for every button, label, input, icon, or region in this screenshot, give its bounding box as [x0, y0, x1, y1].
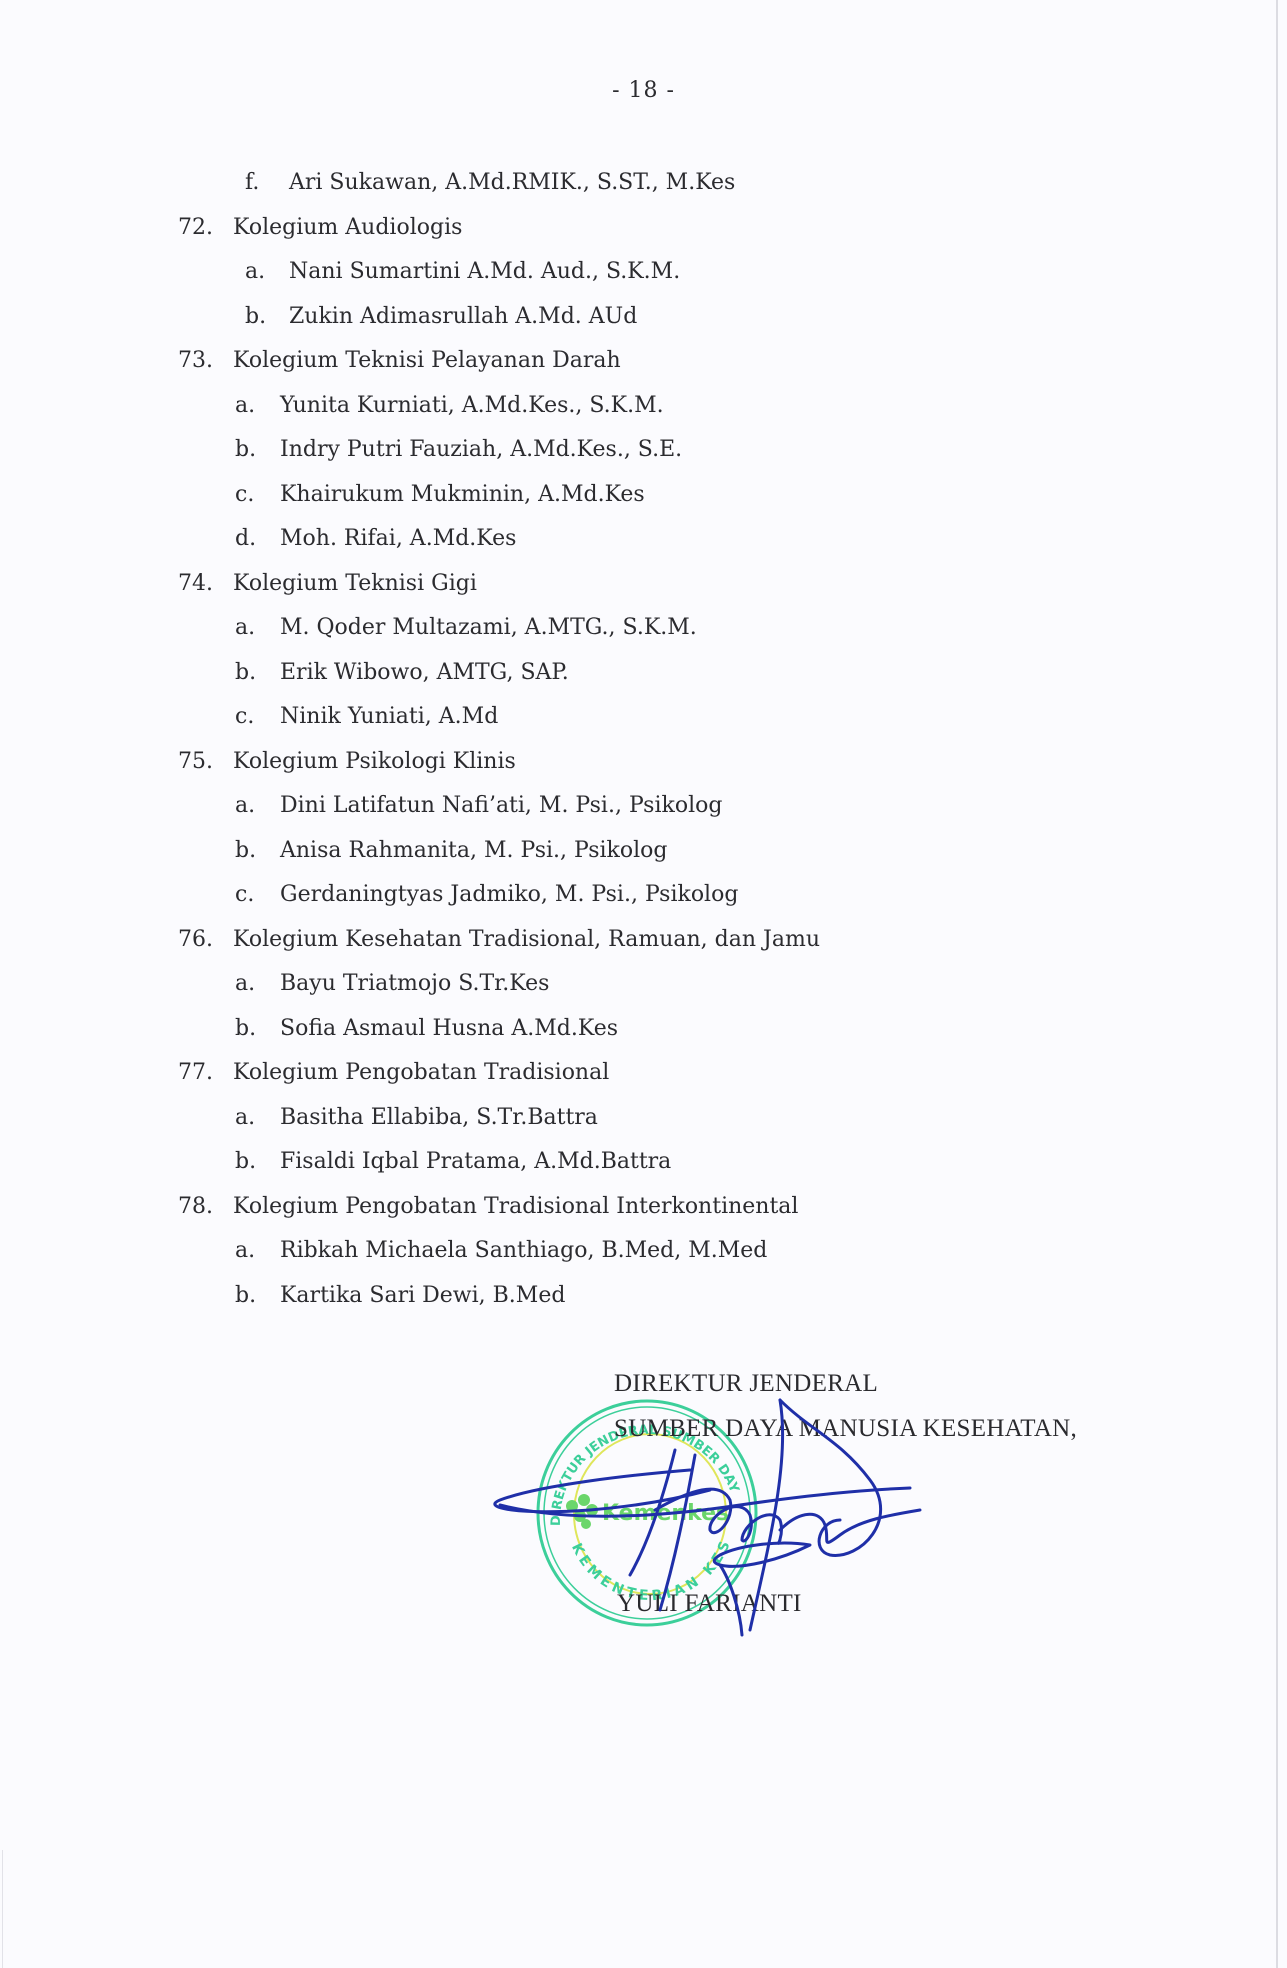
list-marker: d. [235, 524, 256, 554]
member-name: Ninik Yuniati, A.Md [280, 702, 498, 732]
kolegium-heading: 78.Kolegium Pengobatan Tradisional Inter… [0, 1192, 1287, 1237]
list-marker: b. [245, 302, 266, 332]
member-name: Nani Sumartini A.Md. Aud., S.K.M. [289, 257, 680, 287]
list-marker: b. [235, 1147, 256, 1177]
list-marker: b. [235, 1014, 256, 1044]
kolegium-heading: 77.Kolegium Pengobatan Tradisional [0, 1058, 1287, 1103]
member-list-item: b.Indry Putri Fauziah, A.Md.Kes., S.E. [0, 435, 1287, 480]
list-marker: 77. [178, 1058, 213, 1088]
svg-text:KEMENTERIAN KESEHATAN: KEMENTERIAN KESEHATAN [532, 1396, 735, 1604]
kolegium-heading: 72.Kolegium Audiologis [0, 213, 1287, 258]
list-marker: 72. [178, 213, 213, 243]
member-list-item: a.Dini Latifatun Nafi’ati, M. Psi., Psik… [0, 791, 1287, 836]
list-marker: b. [235, 435, 256, 465]
list-marker: a. [235, 969, 255, 999]
member-list-item: b.Kartika Sari Dewi, B.Med [0, 1281, 1287, 1326]
kolegium-member-list: f.Ari Sukawan, A.Md.RMIK., S.ST., M.Kes7… [0, 168, 1287, 1325]
member-name: Moh. Rifai, A.Md.Kes [280, 524, 516, 554]
member-name: Dini Latifatun Nafi’ati, M. Psi., Psikol… [280, 791, 722, 821]
kolegium-heading: 76.Kolegium Kesehatan Tradisional, Ramua… [0, 925, 1287, 970]
list-marker: 76. [178, 925, 213, 955]
member-name: Yunita Kurniati, A.Md.Kes., S.K.M. [280, 391, 664, 421]
list-marker: a. [235, 791, 255, 821]
list-marker: a. [245, 257, 265, 287]
member-name: Erik Wibowo, AMTG, SAP. [280, 658, 569, 688]
member-list-item: d.Moh. Rifai, A.Md.Kes [0, 524, 1287, 569]
kolegium-heading: 74.Kolegium Teknisi Gigi [0, 569, 1287, 614]
member-list-item: a.Nani Sumartini A.Md. Aud., S.K.M. [0, 257, 1287, 302]
member-list-item: c.Gerdaningtyas Jadmiko, M. Psi., Psikol… [0, 880, 1287, 925]
kolegium-name: Kolegium Pengobatan Tradisional [233, 1058, 609, 1088]
member-name: Bayu Triatmojo S.Tr.Kes [280, 969, 549, 999]
page-number: - 18 - [0, 78, 1287, 103]
handwritten-signature-icon [480, 1380, 960, 1650]
member-list-item: a.Ribkah Michaela Santhiago, B.Med, M.Me… [0, 1236, 1287, 1281]
member-list-item: a.Yunita Kurniati, A.Md.Kes., S.K.M. [0, 391, 1287, 436]
kolegium-name: Kolegium Psikologi Klinis [233, 747, 516, 777]
member-name: Sofia Asmaul Husna A.Md.Kes [280, 1014, 618, 1044]
svg-text:DIREKTUR JENDERAL SUMBER DAYA: DIREKTUR JENDERAL SUMBER DAYA MANUSIA KE… [532, 1396, 742, 1526]
list-marker: a. [235, 613, 255, 643]
member-list-item: a.M. Qoder Multazami, A.MTG., S.K.M. [0, 613, 1287, 658]
member-name: Anisa Rahmanita, M. Psi., Psikolog [280, 836, 667, 866]
signatory-name: YULI FARIANTI [617, 1590, 802, 1618]
member-list-item: b.Erik Wibowo, AMTG, SAP. [0, 658, 1287, 703]
member-name: Ari Sukawan, A.Md.RMIK., S.ST., M.Kes [289, 168, 735, 198]
member-name: M. Qoder Multazami, A.MTG., S.K.M. [280, 613, 697, 643]
member-name: Indry Putri Fauziah, A.Md.Kes., S.E. [280, 435, 682, 465]
list-marker: c. [235, 880, 254, 910]
list-marker: b. [235, 836, 256, 866]
member-name: Basitha Ellabiba, S.Tr.Battra [280, 1103, 598, 1133]
kolegium-name: Kolegium Teknisi Pelayanan Darah [233, 346, 621, 376]
member-list-item: a.Basitha Ellabiba, S.Tr.Battra [0, 1103, 1287, 1148]
member-name: Kartika Sari Dewi, B.Med [280, 1281, 565, 1311]
member-list-item: b.Anisa Rahmanita, M. Psi., Psikolog [0, 836, 1287, 881]
signatory-title-line1: DIREKTUR JENDERAL [614, 1370, 878, 1398]
member-name: Fisaldi Iqbal Pratama, A.Md.Battra [280, 1147, 671, 1177]
kolegium-name: Kolegium Pengobatan Tradisional Interkon… [233, 1192, 798, 1222]
list-marker: f. [245, 168, 259, 198]
member-list-item: c.Ninik Yuniati, A.Md [0, 702, 1287, 747]
list-marker: 74. [178, 569, 213, 599]
kolegium-name: Kolegium Teknisi Gigi [233, 569, 477, 599]
member-name: Gerdaningtyas Jadmiko, M. Psi., Psikolog [280, 880, 738, 910]
member-list-item: c.Khairukum Mukminin, A.Md.Kes [0, 480, 1287, 525]
page-edge-left [2, 1850, 3, 1968]
list-marker: 75. [178, 747, 213, 777]
list-marker: a. [235, 391, 255, 421]
list-marker: b. [235, 1281, 256, 1311]
list-marker: c. [235, 480, 254, 510]
kolegium-name: Kolegium Kesehatan Tradisional, Ramuan, … [233, 925, 820, 955]
member-list-item: b.Sofia Asmaul Husna A.Md.Kes [0, 1014, 1287, 1059]
official-stamp-icon: DIREKTUR JENDERAL SUMBER DAYA MANUSIA KE… [532, 1396, 762, 1630]
kolegium-heading: 73.Kolegium Teknisi Pelayanan Darah [0, 346, 1287, 391]
member-name: Khairukum Mukminin, A.Md.Kes [280, 480, 645, 510]
signatory-title-line2: SUMBER DAYA MANUSIA KESEHATAN, [614, 1415, 1077, 1443]
list-marker: 78. [178, 1192, 213, 1222]
list-marker: c. [235, 702, 254, 732]
member-list-item: f.Ari Sukawan, A.Md.RMIK., S.ST., M.Kes [0, 168, 1287, 213]
member-name: Zukin Adimasrullah A.Md. AUd [289, 302, 637, 332]
list-marker: a. [235, 1103, 255, 1133]
kolegium-heading: 75.Kolegium Psikologi Klinis [0, 747, 1287, 792]
member-list-item: a.Bayu Triatmojo S.Tr.Kes [0, 969, 1287, 1014]
member-list-item: b.Zukin Adimasrullah A.Md. AUd [0, 302, 1287, 347]
svg-text:Kemenkes: Kemenkes [602, 1501, 729, 1526]
member-name: Ribkah Michaela Santhiago, B.Med, M.Med [280, 1236, 767, 1266]
list-marker: b. [235, 658, 256, 688]
kolegium-name: Kolegium Audiologis [233, 213, 462, 243]
list-marker: 73. [178, 346, 213, 376]
list-marker: a. [235, 1236, 255, 1266]
member-list-item: b.Fisaldi Iqbal Pratama, A.Md.Battra [0, 1147, 1287, 1192]
